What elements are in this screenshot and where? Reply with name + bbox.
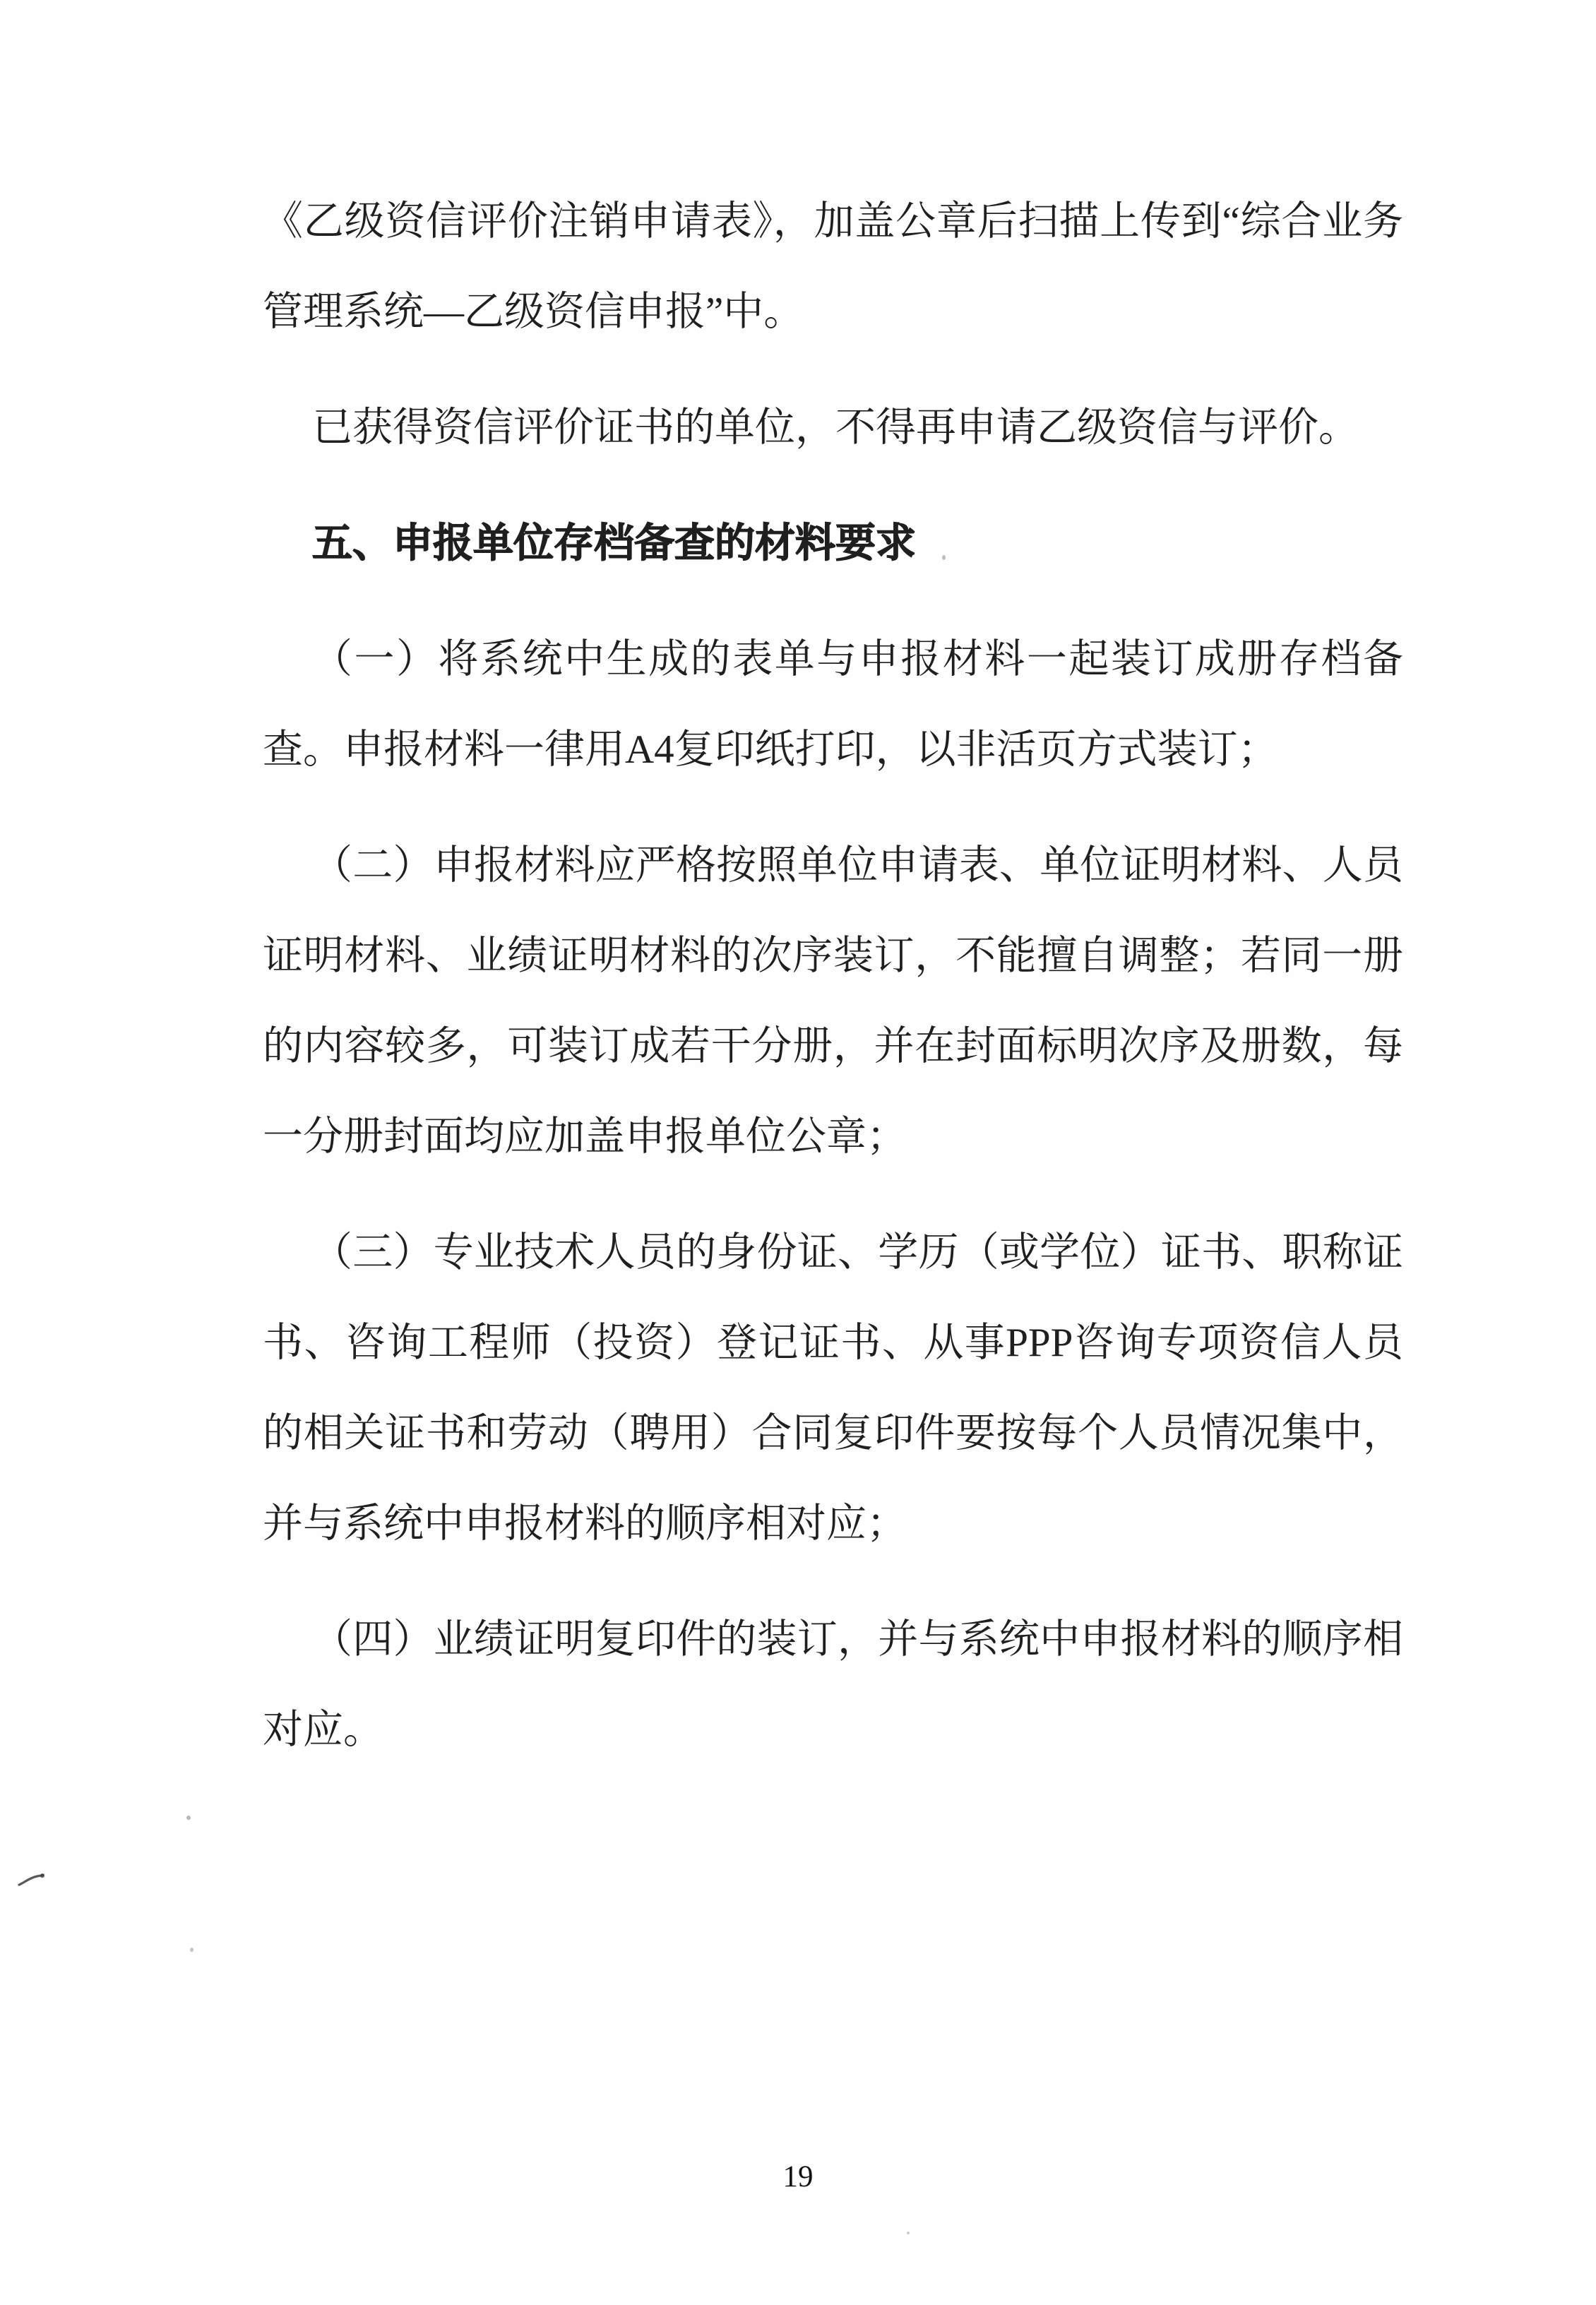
paragraph-item-1: （一）将系统中生成的表单与申报材料一起装订成册存档备查。申报材料一律用A4复印纸…: [263, 614, 1403, 795]
scan-speck: [907, 2232, 910, 2234]
paragraph-continuation: 《乙级资信评价注销申请表》，加盖公章后扫描上传到“综合业务管理系统—乙级资信申报…: [263, 177, 1403, 357]
scan-speck: [186, 1816, 191, 1820]
scan-speck: [942, 555, 946, 560]
document-body: 《乙级资信评价注销申请表》，加盖公章后扫描上传到“综合业务管理系统—乙级资信申报…: [263, 177, 1403, 1801]
paragraph-item-3: （三）专业技术人员的身份证、学历（或学位）证书、职称证书、咨询工程师（投资）登记…: [263, 1208, 1403, 1569]
document-page: 《乙级资信评价注销申请表》，加盖公章后扫描上传到“综合业务管理系统—乙级资信申报…: [0, 0, 1596, 2305]
page-number: 19: [0, 2160, 1596, 2195]
scan-speck: [190, 1948, 193, 1952]
pen-mark-artifact: [17, 1870, 47, 1888]
section-heading: 五、申报单位存档备查的材料要求: [263, 499, 1403, 589]
paragraph-item-2: （二）申报材料应严格按照单位申请表、单位证明材料、人员证明材料、业绩证明材料的次…: [263, 821, 1403, 1182]
paragraph-note: 已获得资信评价证书的单位，不得再申请乙级资信与评价。: [263, 383, 1403, 473]
paragraph-item-4: （四）业绩证明复印件的装订，并与系统中申报材料的顺序相对应。: [263, 1595, 1403, 1775]
